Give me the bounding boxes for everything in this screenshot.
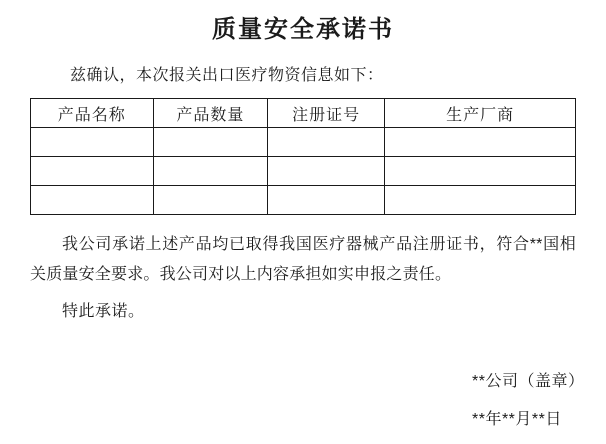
table-cell — [385, 157, 576, 186]
table-cell — [268, 186, 385, 215]
table-header-manufacturer: 生产厂商 — [385, 99, 576, 128]
table-row — [31, 128, 576, 157]
signature-block: **公司（盖章） **年**月**日 — [472, 372, 584, 430]
table-cell — [31, 157, 154, 186]
table-cell — [153, 128, 267, 157]
table-cell — [31, 128, 154, 157]
signature-date: **年**月**日 — [472, 410, 584, 430]
signature-company-seal: **公司（盖章） — [472, 372, 584, 392]
intro-text: 兹确认，本次报关出口医疗物资信息如下： — [30, 66, 576, 86]
table-header-product-name: 产品名称 — [31, 99, 154, 128]
table-row — [31, 186, 576, 215]
table-cell — [385, 186, 576, 215]
document-page: 质量安全承诺书 兹确认，本次报关出口医疗物资信息如下： 产品名称 产品数量 注册… — [0, 0, 606, 444]
table-row — [31, 157, 576, 186]
commitment-paragraph: 我公司承诺上述产品均已取得我国医疗器械产品注册证书，符合**国相关质量安全要求。… — [30, 230, 576, 290]
table-header-product-quantity: 产品数量 — [153, 99, 267, 128]
table-cell — [31, 186, 154, 215]
table-header-row: 产品名称 产品数量 注册证号 生产厂商 — [31, 99, 576, 128]
table-cell — [153, 186, 267, 215]
table-cell — [268, 128, 385, 157]
table-cell — [153, 157, 267, 186]
table-cell — [385, 128, 576, 157]
closing-statement: 特此承诺。 — [30, 302, 576, 322]
table-cell — [268, 157, 385, 186]
products-table: 产品名称 产品数量 注册证号 生产厂商 — [30, 98, 576, 215]
table-header-registration-number: 注册证号 — [268, 99, 385, 128]
document-title: 质量安全承诺书 — [30, 0, 576, 45]
